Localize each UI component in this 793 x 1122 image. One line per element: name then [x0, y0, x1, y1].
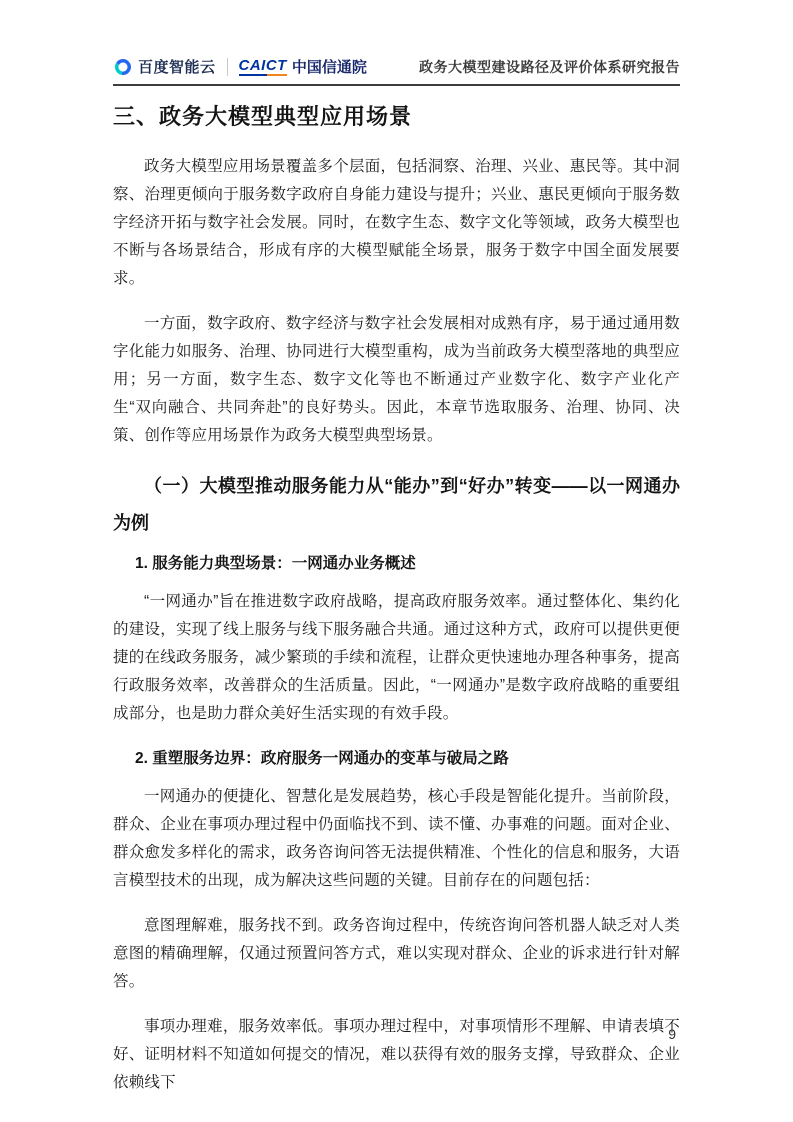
page-header: 百度智能云 CAICT 中国信通院 政务大模型建设路径及评价体系研究报告 — [113, 0, 680, 86]
document-content: 三、政务大模型典型应用场景 政务大模型应用场景覆盖多个层面，包括洞察、治理、兴业… — [0, 100, 793, 1097]
section-heading: 三、政务大模型典型应用场景 — [113, 100, 680, 131]
caict-logo: CAICT 中国信通院 — [239, 56, 367, 77]
baidu-logo-text: 百度智能云 — [138, 56, 216, 77]
overview-paragraph: “一网通办”旨在推进数字政府战略，提高政府服务效率。通过整体化、集约化的建设，实… — [113, 588, 680, 728]
header-logos: 百度智能云 CAICT 中国信通院 — [113, 56, 367, 77]
logo-divider — [227, 58, 228, 76]
baidu-cloud-logo: 百度智能云 — [113, 56, 216, 77]
page-number: 9 — [668, 1026, 676, 1042]
intro-paragraph-1: 政务大模型应用场景覆盖多个层面，包括洞察、治理、兴业、惠民等。其中洞察、治理更倾… — [113, 153, 680, 293]
numbered-heading-2: 2. 重塑服务边界：政府服务一网通办的变革与破局之路 — [113, 745, 680, 773]
subsection-heading: （一）大模型推动服务能力从“能办”到“好办”转变——以一网通办为例 — [113, 468, 680, 542]
intro-paragraph-2: 一方面，数字政府、数字经济与数字社会发展相对成熟有序，易于通过通用数字化能力如服… — [113, 310, 680, 450]
numbered-heading-1: 1. 服务能力典型场景：一网通办业务概述 — [113, 550, 680, 578]
baidu-cloud-ring-icon — [113, 57, 138, 77]
problem-paragraph-1: 意图理解难，服务找不到。政务咨询过程中，传统咨询问答机器人缺乏对人类意图的精确理… — [113, 912, 680, 996]
document-page: 百度智能云 CAICT 中国信通院 政务大模型建设路径及评价体系研究报告 三、政… — [0, 0, 793, 1122]
problem-paragraph-2: 事项办理难，服务效率低。事项办理过程中，对事项情形不理解、申请表填不好、证明材料… — [113, 1013, 680, 1097]
header-report-title: 政务大模型建设路径及评价体系研究报告 — [419, 57, 680, 77]
caict-name-text: 中国信通院 — [292, 56, 367, 77]
trend-paragraph: 一网通办的便捷化、智慧化是发展趋势，核心手段是智能化提升。当前阶段，群众、企业在… — [113, 783, 680, 895]
caict-acronym-text: CAICT — [239, 57, 287, 76]
